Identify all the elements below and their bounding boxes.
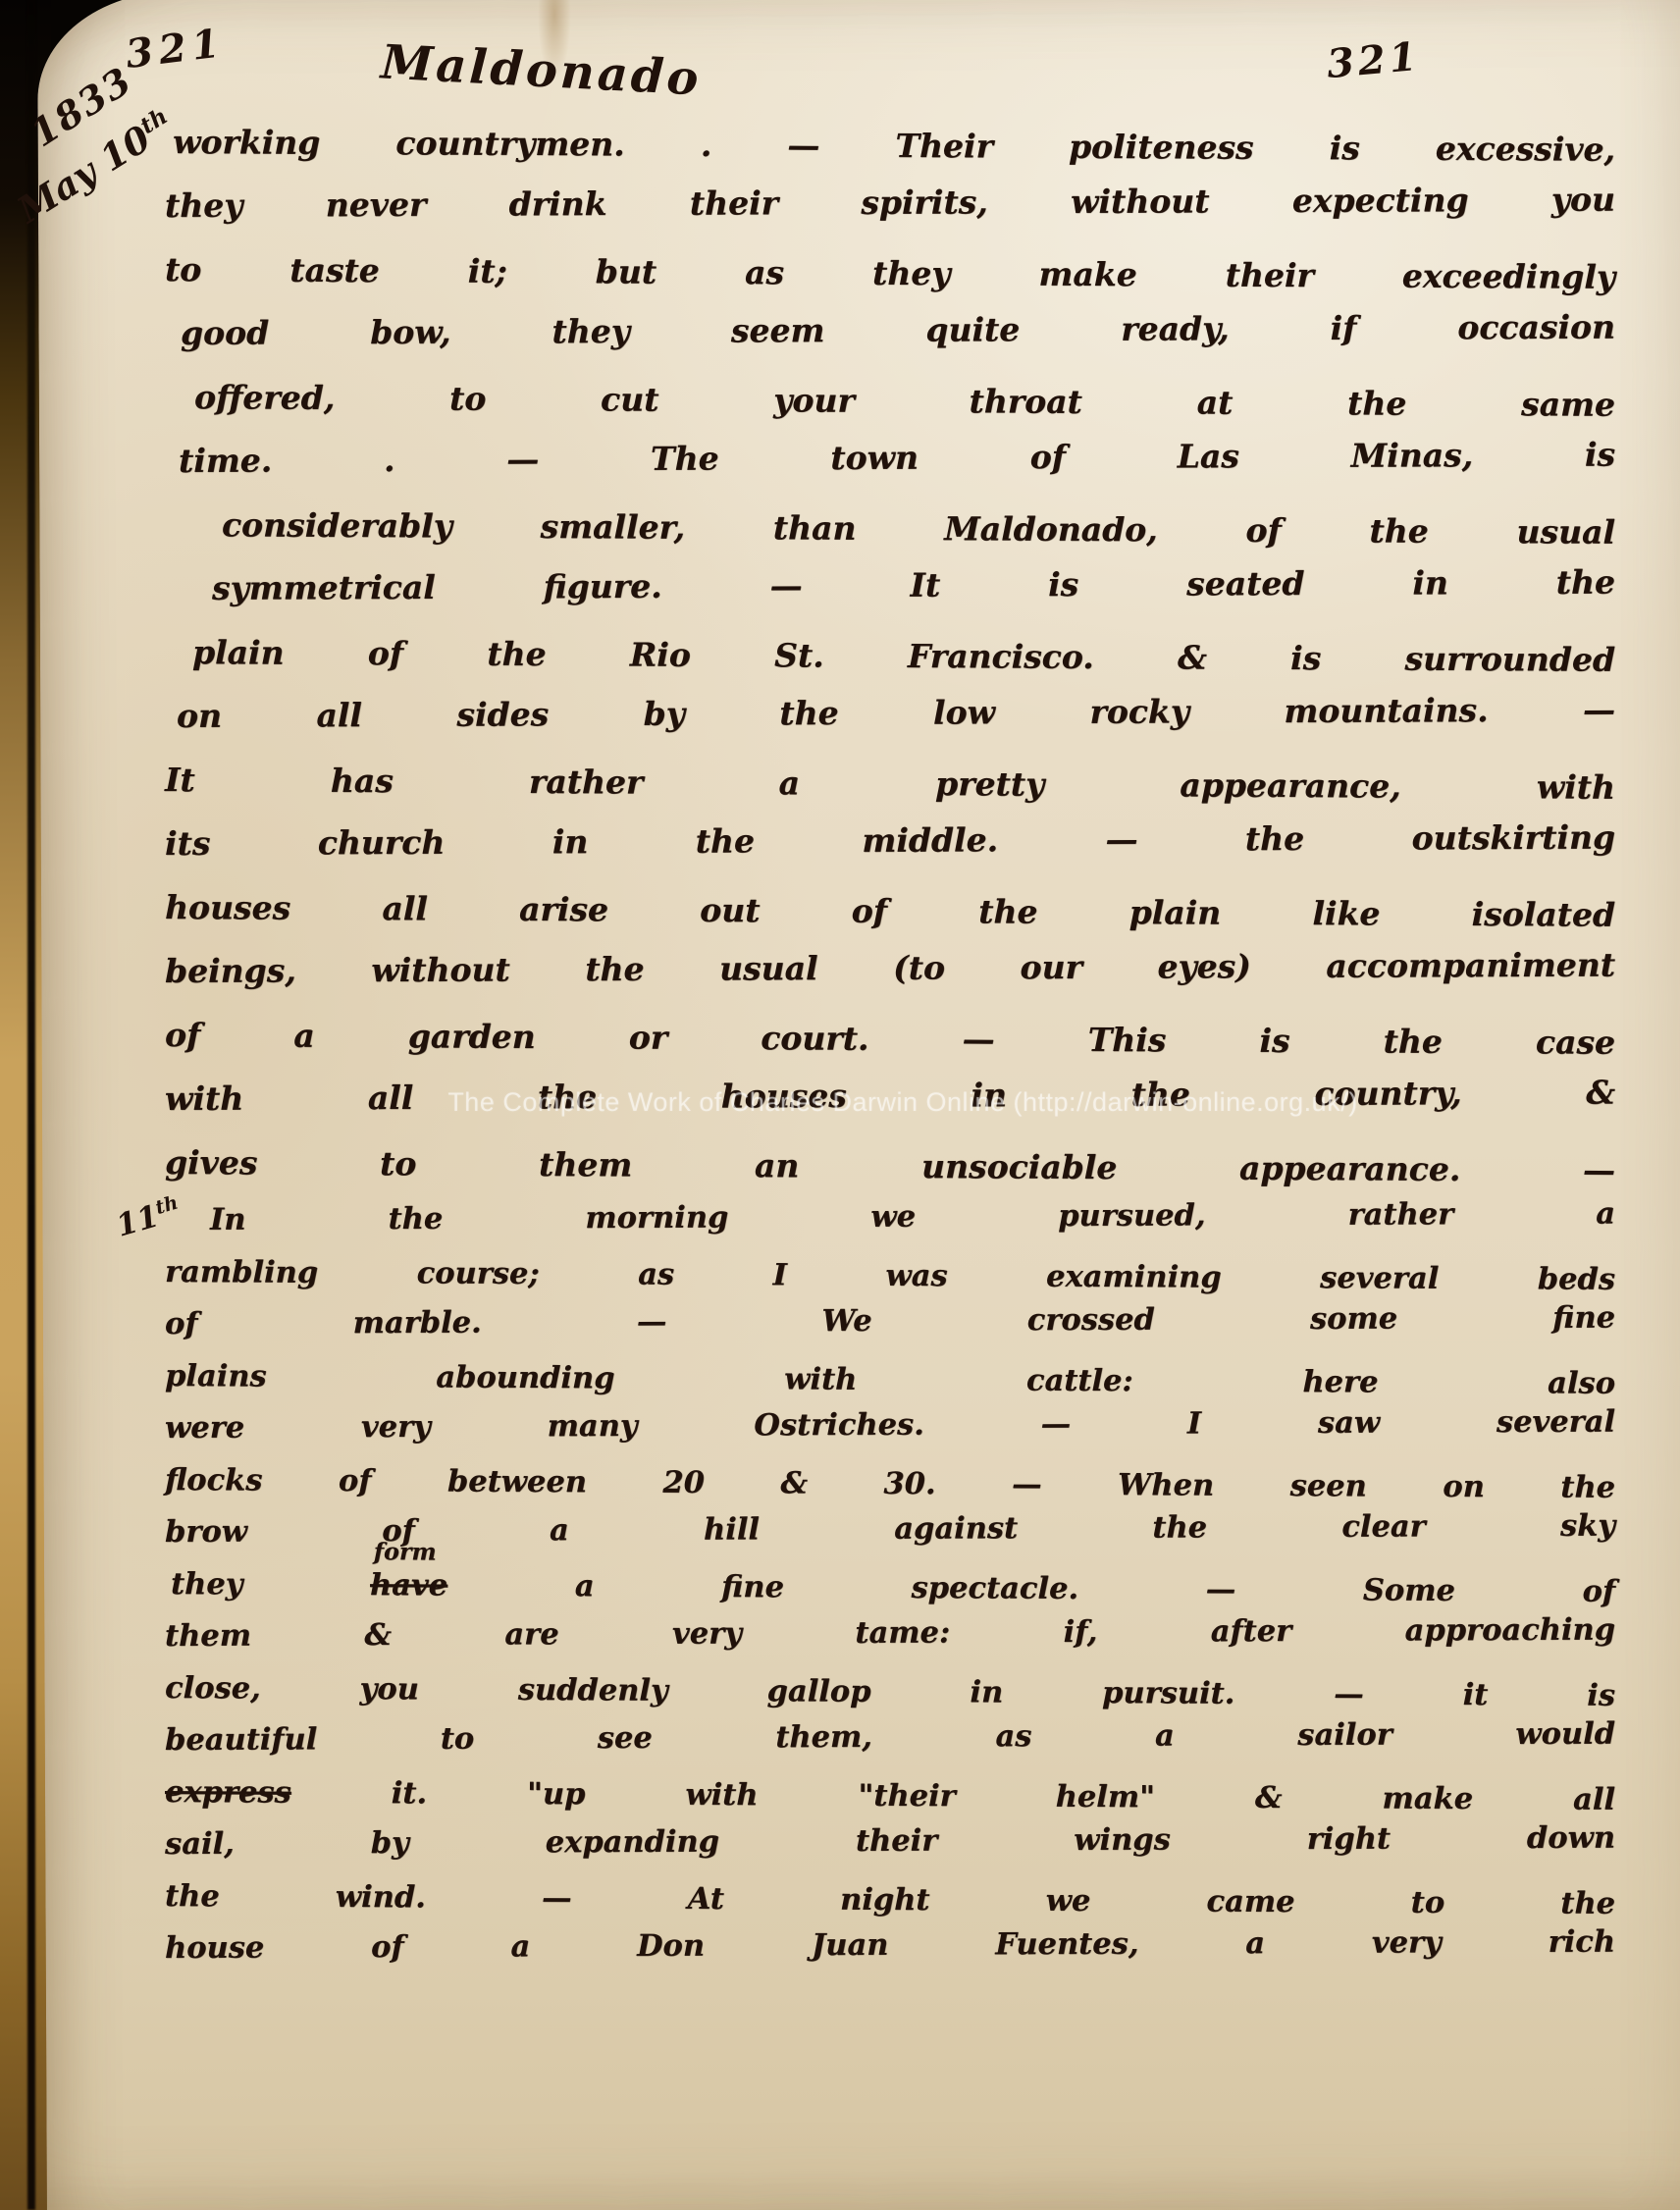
- manuscript-line: on all sides by the low rocky mountains.…: [165, 678, 1615, 748]
- manuscript-line: time. . — The town of Las Minas, is: [165, 423, 1615, 493]
- manuscript-line: symmetrical figure. — It is seated in th…: [165, 551, 1615, 620]
- struck-word: express: [165, 1774, 291, 1811]
- manuscript-line: beautiful to see them, as a sailor would: [165, 1709, 1615, 1766]
- manuscript-line: beings, without the usual (to our eyes) …: [165, 933, 1615, 1003]
- manuscript-line: In the morning we pursued, rather a: [165, 1188, 1615, 1246]
- inserted-word: form: [374, 1542, 437, 1565]
- manuscript-line: its church in the middle. — the outskirt…: [165, 806, 1615, 875]
- manuscript-line: sail, by expanding their wings right dow…: [165, 1813, 1615, 1870]
- page-number-right: 321: [1325, 33, 1422, 87]
- gutter-shadow: [27, 0, 35, 2210]
- manuscript-line: were very many Ostriches. — I saw severa…: [165, 1396, 1615, 1454]
- correction: formhave: [370, 1559, 447, 1611]
- watermark: The Complete Work of Charles Darwin Onli…: [314, 1087, 1492, 1118]
- manuscript-line: good bow, they seem quite ready, if occa…: [165, 295, 1615, 365]
- manuscript-photo: { "document": { "page_number_left": "321…: [0, 0, 1680, 2210]
- struck-word: have: [370, 1567, 447, 1603]
- manuscript-line: them & are very tame: if, after approach…: [165, 1605, 1615, 1662]
- manuscript-body: working countrymen. . — Their politeness…: [165, 110, 1615, 1974]
- manuscript-line: of marble. — We crossed some fine: [165, 1292, 1615, 1350]
- manuscript-line: house of a Don Juan Fuentes, a very rich: [165, 1917, 1615, 1974]
- manuscript-line: they never drink their spirits, without …: [165, 168, 1615, 237]
